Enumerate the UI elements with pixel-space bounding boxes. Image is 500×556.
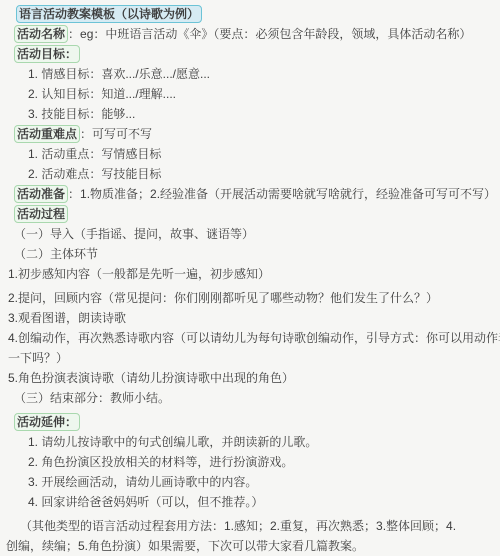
text-line: 2. 认知目标：知道.../理解.... [28, 84, 500, 104]
text-line: 3. 开展绘画活动，请幼儿画诗歌中的内容。 [28, 472, 500, 492]
text-segment: 5.角色扮演表演诗歌（请幼儿扮演诗歌中出现的角色） [8, 371, 294, 385]
text-line: （其他类型的语言活动过程套用方法：1.感知；2.重复，再次熟悉；3.整体回顾；4… [20, 516, 500, 536]
text-line: 活动过程 [14, 204, 500, 224]
text-line: 1.初步感知内容（一般都是先听一遍，初步感知） [8, 264, 500, 284]
text-segment: 1. 情感目标：喜欢.../乐意.../愿意... [28, 67, 210, 81]
text-segment: （二）主体环节 [14, 247, 98, 261]
text-line: 创编，续编；5.角色扮演）如果需要，下次可以带大家看几篇教案。 [6, 536, 500, 556]
text-line: （一）导入（手指谣、提问，故事、谜语等） [14, 224, 500, 244]
text-line: 3.观看图谱，朗读诗歌 [8, 308, 500, 328]
text-line: 4. 回家讲给爸爸妈妈听（可以，但不推荐。） [28, 492, 500, 512]
text-segment: ：1.物质准备；2.经验准备（开展活动需要啥就写啥就行，经验准备可写可不写） [68, 187, 496, 201]
highlighted-term-green: 活动目标： [14, 45, 80, 63]
text-line: 活动重难点：可写可不写 [14, 124, 500, 144]
text-segment: 创编，续编；5.角色扮演）如果需要，下次可以带大家看几篇教案。 [6, 539, 364, 553]
text-segment: 4.创编动作，再次熟悉诗歌内容（可以请幼儿为每句诗歌创编动作，引导方式：你可以用… [8, 331, 500, 345]
text-line: 1. 活动重点：写情感目标 [28, 144, 500, 164]
text-segment: 2. 活动难点：写技能目标 [28, 167, 161, 181]
text-line: 2. 角色扮演区投放相关的材料等，进行扮演游戏。 [28, 452, 500, 472]
text-segment: （一）导入（手指谣、提问，故事、谜语等） [14, 227, 254, 241]
text-segment: 1. 请幼儿按诗歌中的句式创编儿歌，并朗读新的儿歌。 [28, 435, 317, 449]
text-line: 活动名称：eg：中班语言活动《伞》（要点：必须包含年龄段，领域，具体活动名称） [14, 24, 500, 44]
text-line: 活动准备：1.物质准备；2.经验准备（开展活动需要啥就写啥就行，经验准备可写可不… [14, 184, 500, 204]
text-line: 语言活动教案模板（以诗歌为例） [16, 4, 500, 24]
text-line: 4.创编动作，再次熟悉诗歌内容（可以请幼儿为每句诗歌创编动作，引导方式：你可以用… [8, 328, 500, 348]
text-segment: ：eg：中班语言活动《伞》（要点：必须包含年龄段，领域，具体活动名称） [68, 27, 471, 41]
text-segment: 3. 技能目标：能够... [28, 107, 135, 121]
lesson-plan-document: 语言活动教案模板（以诗歌为例）活动名称：eg：中班语言活动《伞》（要点：必须包含… [0, 0, 500, 556]
text-segment: 2. 角色扮演区投放相关的材料等，进行扮演游戏。 [28, 455, 293, 469]
text-line: 5.角色扮演表演诗歌（请幼儿扮演诗歌中出现的角色） [8, 368, 500, 388]
text-segment: 3. 开展绘画活动，请幼儿画诗歌中的内容。 [28, 475, 257, 489]
text-segment: （三）结束部分：教师小结。 [14, 391, 170, 405]
highlighted-term-green: 活动准备 [14, 185, 68, 203]
text-segment: 一下吗？） [8, 351, 68, 365]
text-line: 2. 活动难点：写技能目标 [28, 164, 500, 184]
text-segment: （其他类型的语言活动过程套用方法：1.感知；2.重复，再次熟悉；3.整体回顾；4… [20, 519, 456, 533]
text-segment: 1. 活动重点：写情感目标 [28, 147, 161, 161]
text-line: 活动延伸： [14, 412, 500, 432]
text-segment: 2.提问，回顾内容（常见提问：你们刚刚都听见了哪些动物？他们发生了什么？） [8, 291, 438, 305]
text-line: 2.提问，回顾内容（常见提问：你们刚刚都听见了哪些动物？他们发生了什么？） [8, 288, 500, 308]
text-segment: ：可写可不写 [80, 127, 152, 141]
text-line: 一下吗？） [8, 348, 500, 368]
highlighted-term-green: 活动过程 [14, 205, 68, 223]
text-segment: 4. 回家讲给爸爸妈妈听（可以，但不推荐。） [28, 495, 263, 509]
text-segment: 1.初步感知内容（一般都是先听一遍，初步感知） [8, 267, 270, 281]
highlighted-term-green: 活动名称 [14, 25, 68, 43]
text-segment: 3.观看图谱，朗读诗歌 [8, 311, 126, 325]
text-line: 3. 技能目标：能够... [28, 104, 500, 124]
text-segment: 2. 认知目标：知道.../理解.... [28, 87, 176, 101]
highlighted-term-green: 活动延伸： [14, 413, 80, 431]
highlighted-term-blue: 语言活动教案模板（以诗歌为例） [16, 5, 202, 23]
text-line: 1. 请幼儿按诗歌中的句式创编儿歌，并朗读新的儿歌。 [28, 432, 500, 452]
text-line: （三）结束部分：教师小结。 [14, 388, 500, 408]
text-line: 1. 情感目标：喜欢.../乐意.../愿意... [28, 64, 500, 84]
highlighted-term-green: 活动重难点 [14, 125, 80, 143]
text-line: （二）主体环节 [14, 244, 500, 264]
text-line: 活动目标： [14, 44, 500, 64]
